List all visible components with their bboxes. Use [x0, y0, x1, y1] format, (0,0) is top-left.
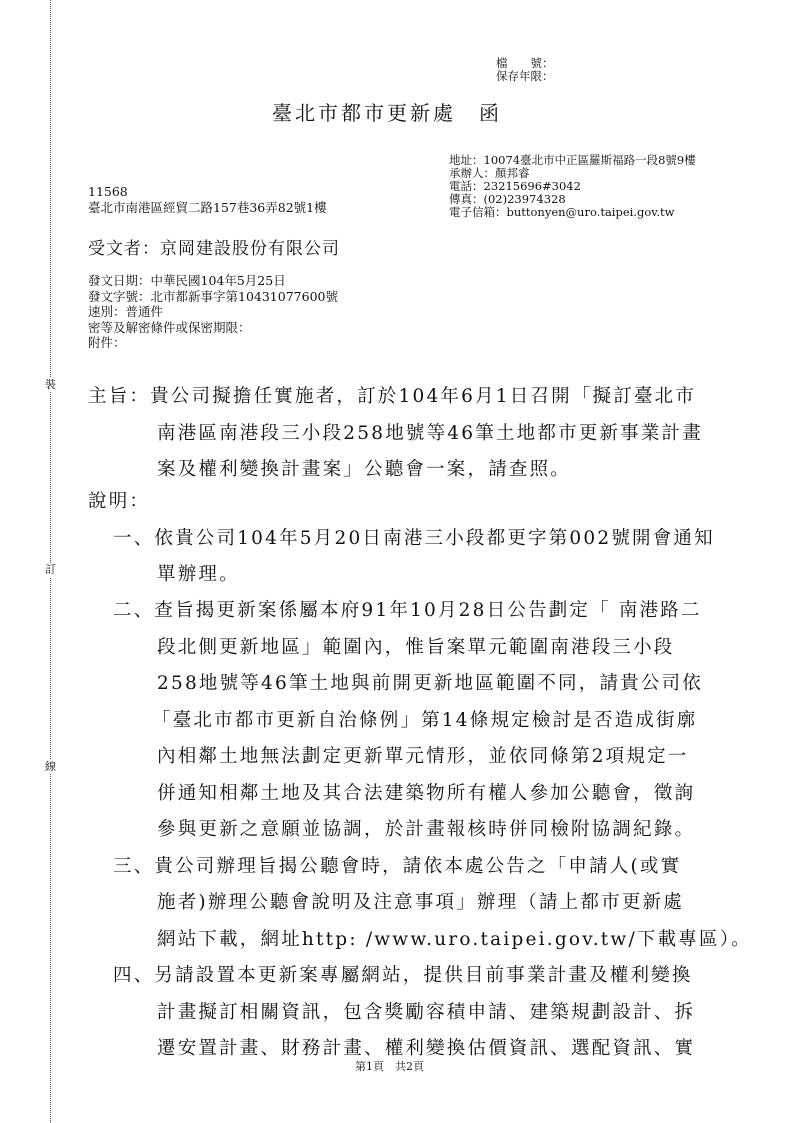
classification: 密等及解密條件或保密期限：	[88, 320, 338, 336]
document-number: 發文字號：北市都新事字第10431077600號	[88, 289, 338, 305]
postal-code: 11568	[88, 184, 327, 200]
page-indicator: 第1頁 共2頁	[355, 1058, 424, 1074]
sender-info: 地址：10074臺北市中正區羅斯福路一段8號9樓 承辦人：顏邦睿 電話：2321…	[449, 154, 696, 219]
binding-mark-zhuang: 裝	[43, 378, 58, 392]
explanation-item-2-line: 內相鄰土地無法劃定更新單元情形，並依同條第2項規定一	[157, 742, 688, 768]
subject-line: 主旨：貴公司擬擔任實施者，訂於104年6月1日召開「擬訂臺北市	[88, 382, 696, 408]
recipient: 受文者：京岡建設股份有限公司	[88, 234, 340, 259]
explanation-item-4-line: 計畫擬訂相關資訊，包含獎勵容積申請、建築規劃設計、拆	[157, 998, 695, 1024]
document-title: 臺北市都市更新處 函	[272, 97, 502, 126]
document-meta: 發文日期：中華民國104年5月25日 發文字號：北市都新事字第104310776…	[88, 273, 338, 351]
explanation-item-2-line: 併通知相鄰土地及其合法建築物所有權人參加公聽會，徵詢	[157, 779, 695, 805]
email-address: 電子信箱：buttonyen@uro.taipei.gov.tw	[449, 206, 696, 219]
subject-line: 南港區南港段三小段258地號等46筆土地都市更新事業計畫	[157, 419, 703, 445]
explanation-item-2-line: 參與更新之意願並協調，於計畫報核時併同檢附協調紀錄。	[157, 815, 695, 841]
explanation-item-4-line: 四、另請設置本更新案專屬網站，提供目前事業計畫及權利變換	[113, 961, 693, 987]
explanation-item-1-line: 一、依貴公司104年5月20日南港三小段都更字第002號開會通知	[113, 524, 715, 550]
explanation-item-2-line: 258地號等46筆土地與前開更新地區範圍不同，請貴公司依	[157, 669, 703, 695]
explanation-item-2-line: 二、查旨揭更新案係屬本府91年10月28日公告劃定「 南港路二	[113, 596, 702, 622]
recipient-mailing-address: 11568 臺北市南港區經貿二路157巷36弄82號1樓	[88, 184, 327, 215]
binding-mark-xian: 線	[43, 760, 58, 774]
explanation-item-3-line: 三、貴公司辦理旨揭公聽會時，請依本處公告之「申請人(或實	[113, 852, 681, 878]
binding-mark-ding: 訂	[43, 563, 58, 577]
explanation-item-4-line: 遷安置計畫、財務計畫、權利變換估價資訊、選配資訊、實	[157, 1034, 695, 1060]
explanation-item-1-line: 單辦理。	[157, 560, 240, 586]
street-address: 臺北市南港區經貿二路157巷36弄82號1樓	[88, 200, 327, 216]
explanation-heading: 說明：	[88, 487, 150, 513]
binding-line	[50, 0, 51, 1123]
explanation-item-3-line: 網站下載，網址http: /www.uro.taipei.gov.tw/下載專區…	[157, 925, 752, 951]
retention-label: 保存年限：	[496, 70, 554, 83]
attachments: 附件：	[88, 335, 338, 351]
delivery-speed: 速別：普通件	[88, 304, 338, 320]
explanation-item-3-line: 施者)辦理公聽會說明及注意事項」辦理（請上都市更新處	[157, 888, 684, 914]
explanation-item-2-line: 「臺北市都市更新自治條例」第14條規定檢討是否造成街廓	[152, 706, 697, 732]
explanation-item-2-line: 段北側更新地區」範圍內，惟旨案單元範圍南港段三小段	[157, 633, 675, 659]
issue-date: 發文日期：中華民國104年5月25日	[88, 273, 338, 289]
subject-line: 案及權利變換計畫案」公聽會一案，請查照。	[157, 455, 571, 481]
